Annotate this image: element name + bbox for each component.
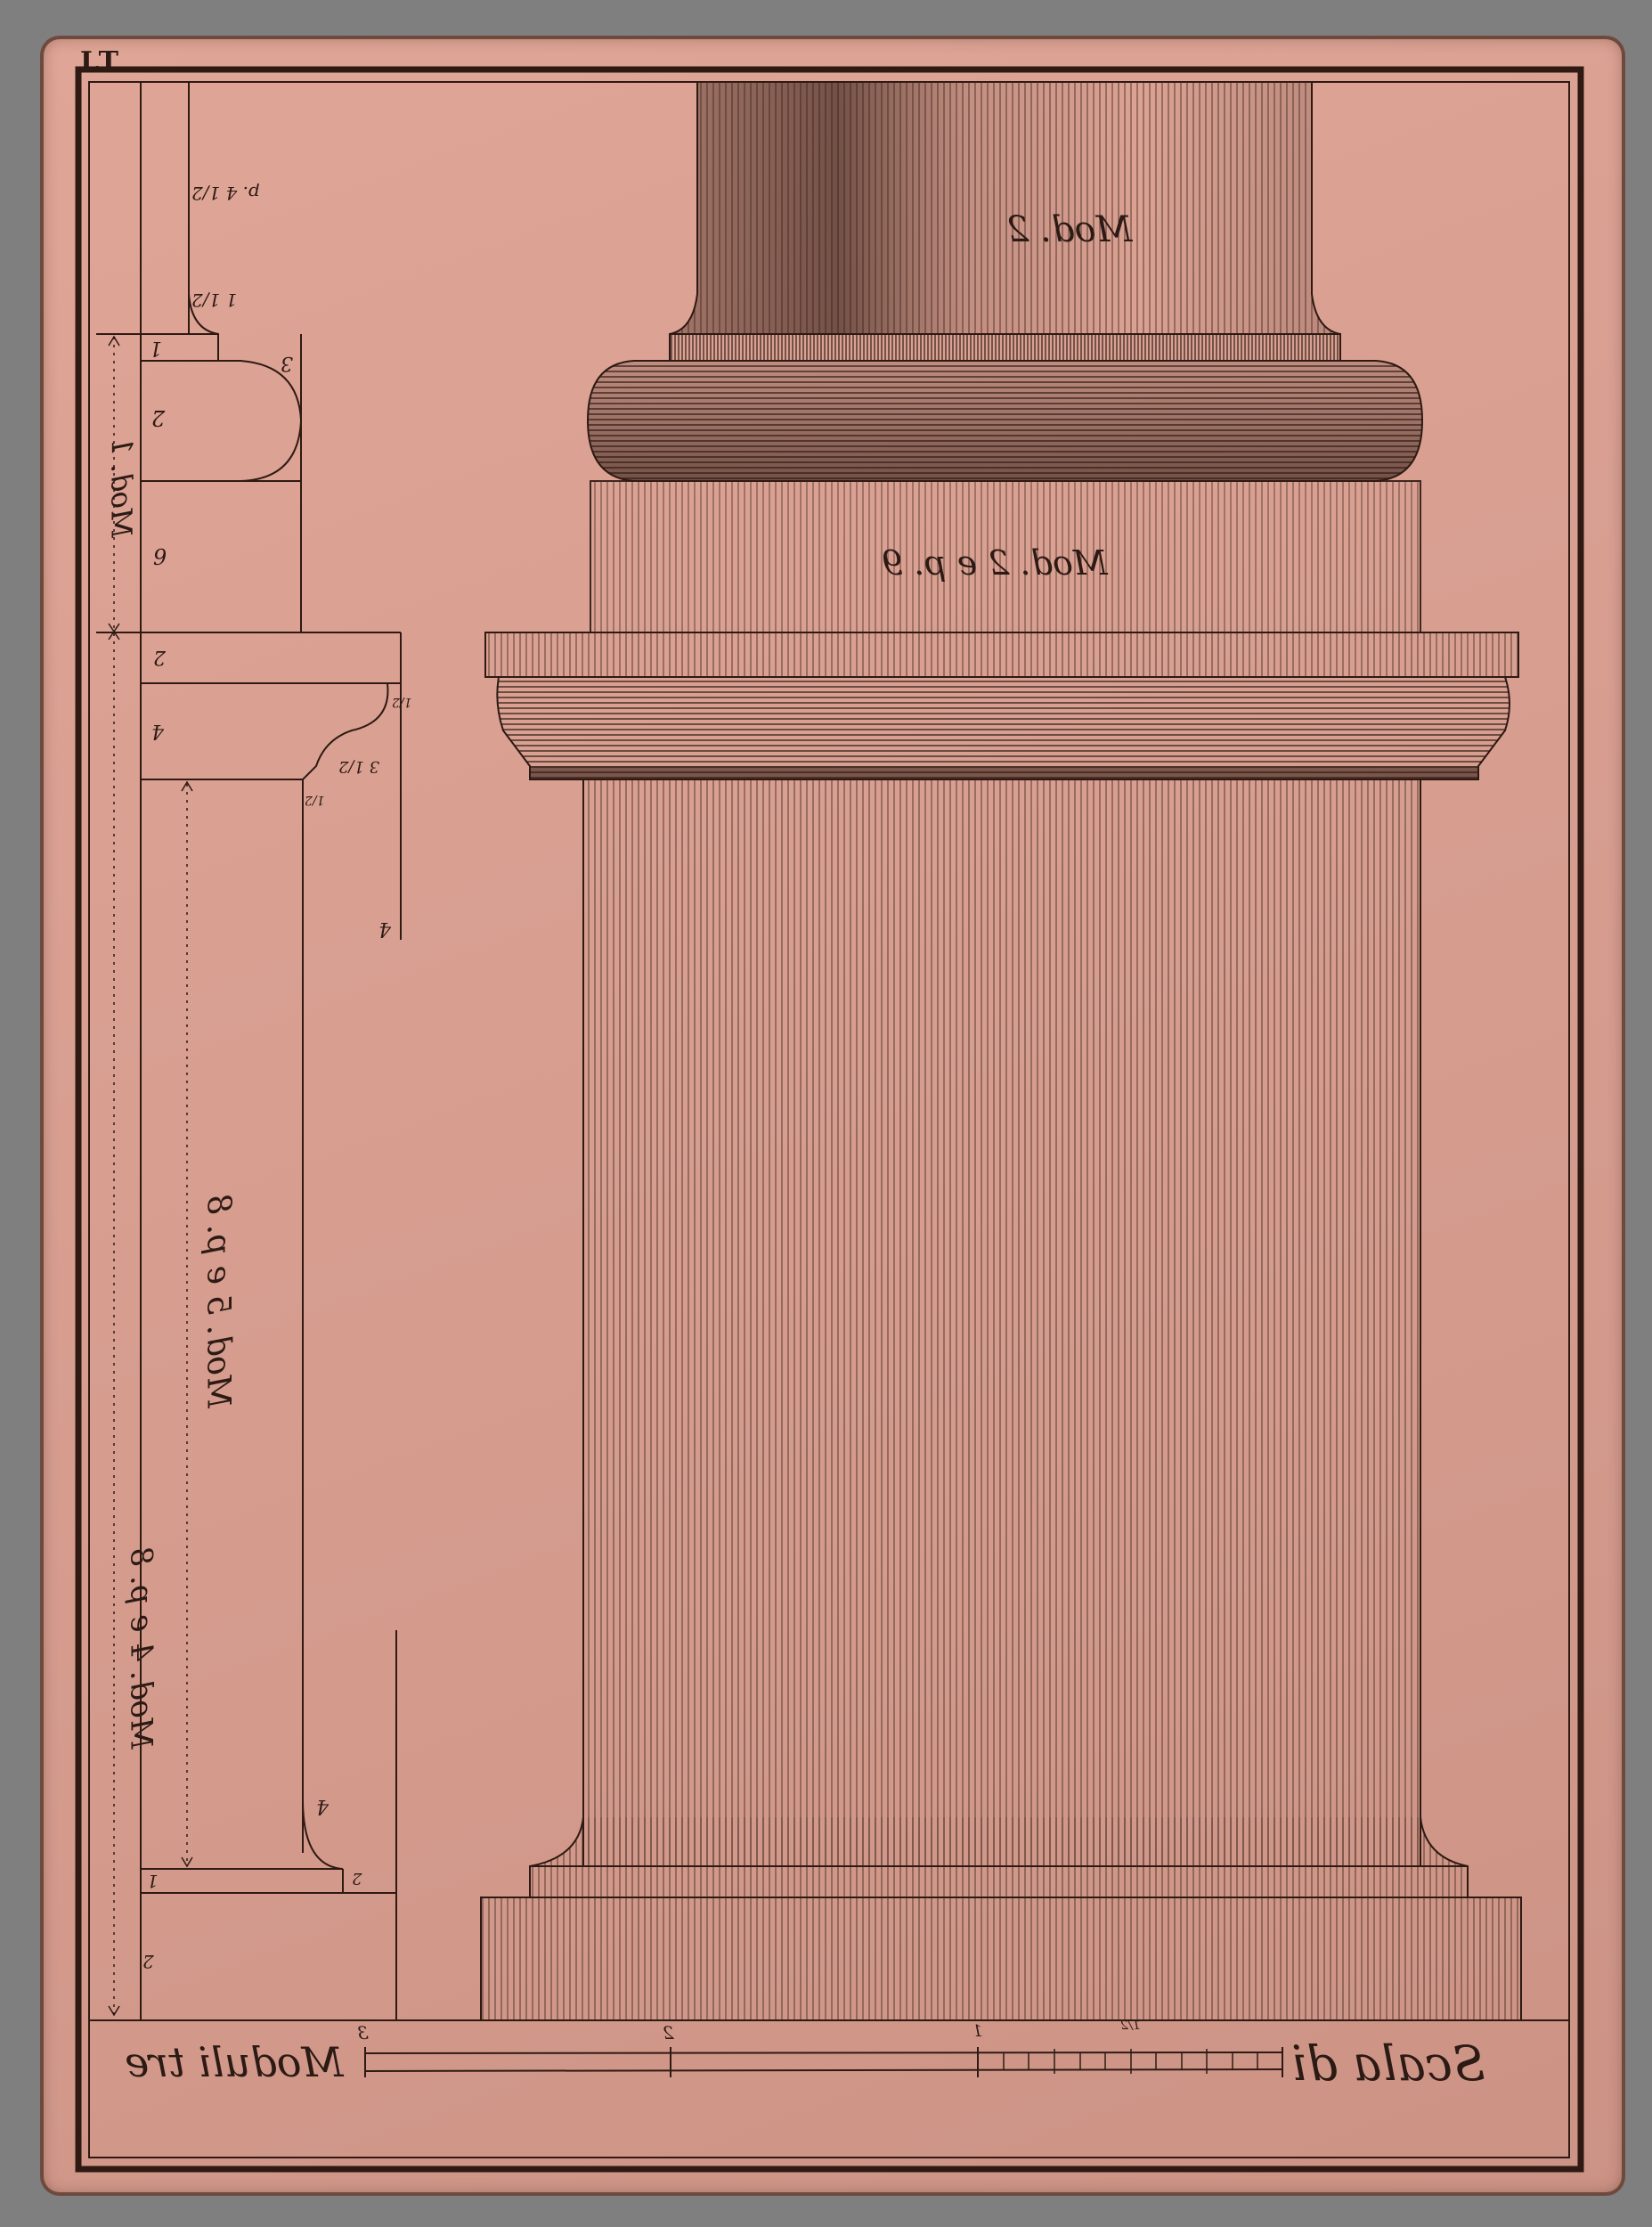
- column-shaft: [670, 82, 1340, 361]
- cap-part-4: 4: [151, 720, 164, 742]
- scale-title-right: Moduli tre: [125, 2038, 344, 2086]
- torus: [588, 361, 1422, 481]
- lower-part-4: 4: [316, 1795, 329, 1817]
- cap-part-2: 2: [153, 646, 166, 668]
- base-part-3: 3: [281, 352, 293, 374]
- cap-part-4b: 4: [378, 918, 391, 940]
- base-part-1: 1: [150, 337, 162, 359]
- lower-part-2b: 2: [142, 1951, 154, 1972]
- scale-title-left: Scala di: [1291, 2035, 1485, 2092]
- scale-tick-2: 2: [663, 2022, 674, 2043]
- cap-part-3-half: 3 1/2: [338, 757, 379, 776]
- pedestal-module-label: Mod. 4 e p. 8: [124, 1546, 159, 1749]
- scale-bar: [365, 2047, 1282, 2077]
- pedestal-cornice: [485, 632, 1518, 779]
- scale-tick-1: 1: [972, 2022, 982, 2041]
- shaft-module-label: Mod. 2: [1006, 209, 1133, 250]
- engraving: [0, 0, 1652, 2227]
- plate-corner-mark: T.I: [80, 46, 118, 77]
- plinth-module-label: Mod. 2 e p. 9: [882, 543, 1108, 583]
- cap-part-half-a: 1/2: [392, 695, 412, 709]
- profile-top-label-1: p. 4 1/2: [191, 183, 260, 204]
- dado-module-label: Mod. 5 e p. 8: [200, 1194, 237, 1407]
- lower-part-1: 1: [147, 1871, 159, 1892]
- profile-top-label-2: 1 1/2: [191, 290, 237, 311]
- lower-part-2a: 2: [352, 1869, 362, 1888]
- pedestal-base: [481, 1866, 1521, 2020]
- pedestal-dado: [530, 779, 1468, 1866]
- base-part-6: 6: [153, 543, 167, 568]
- base-part-2: 2: [151, 405, 165, 430]
- scale-tick-half: 1/2: [1120, 2019, 1141, 2033]
- base-module-label: Mod. 1: [105, 436, 139, 537]
- cap-part-half-b: 1/2: [305, 793, 325, 807]
- scale-tick-3: 3: [357, 2022, 369, 2043]
